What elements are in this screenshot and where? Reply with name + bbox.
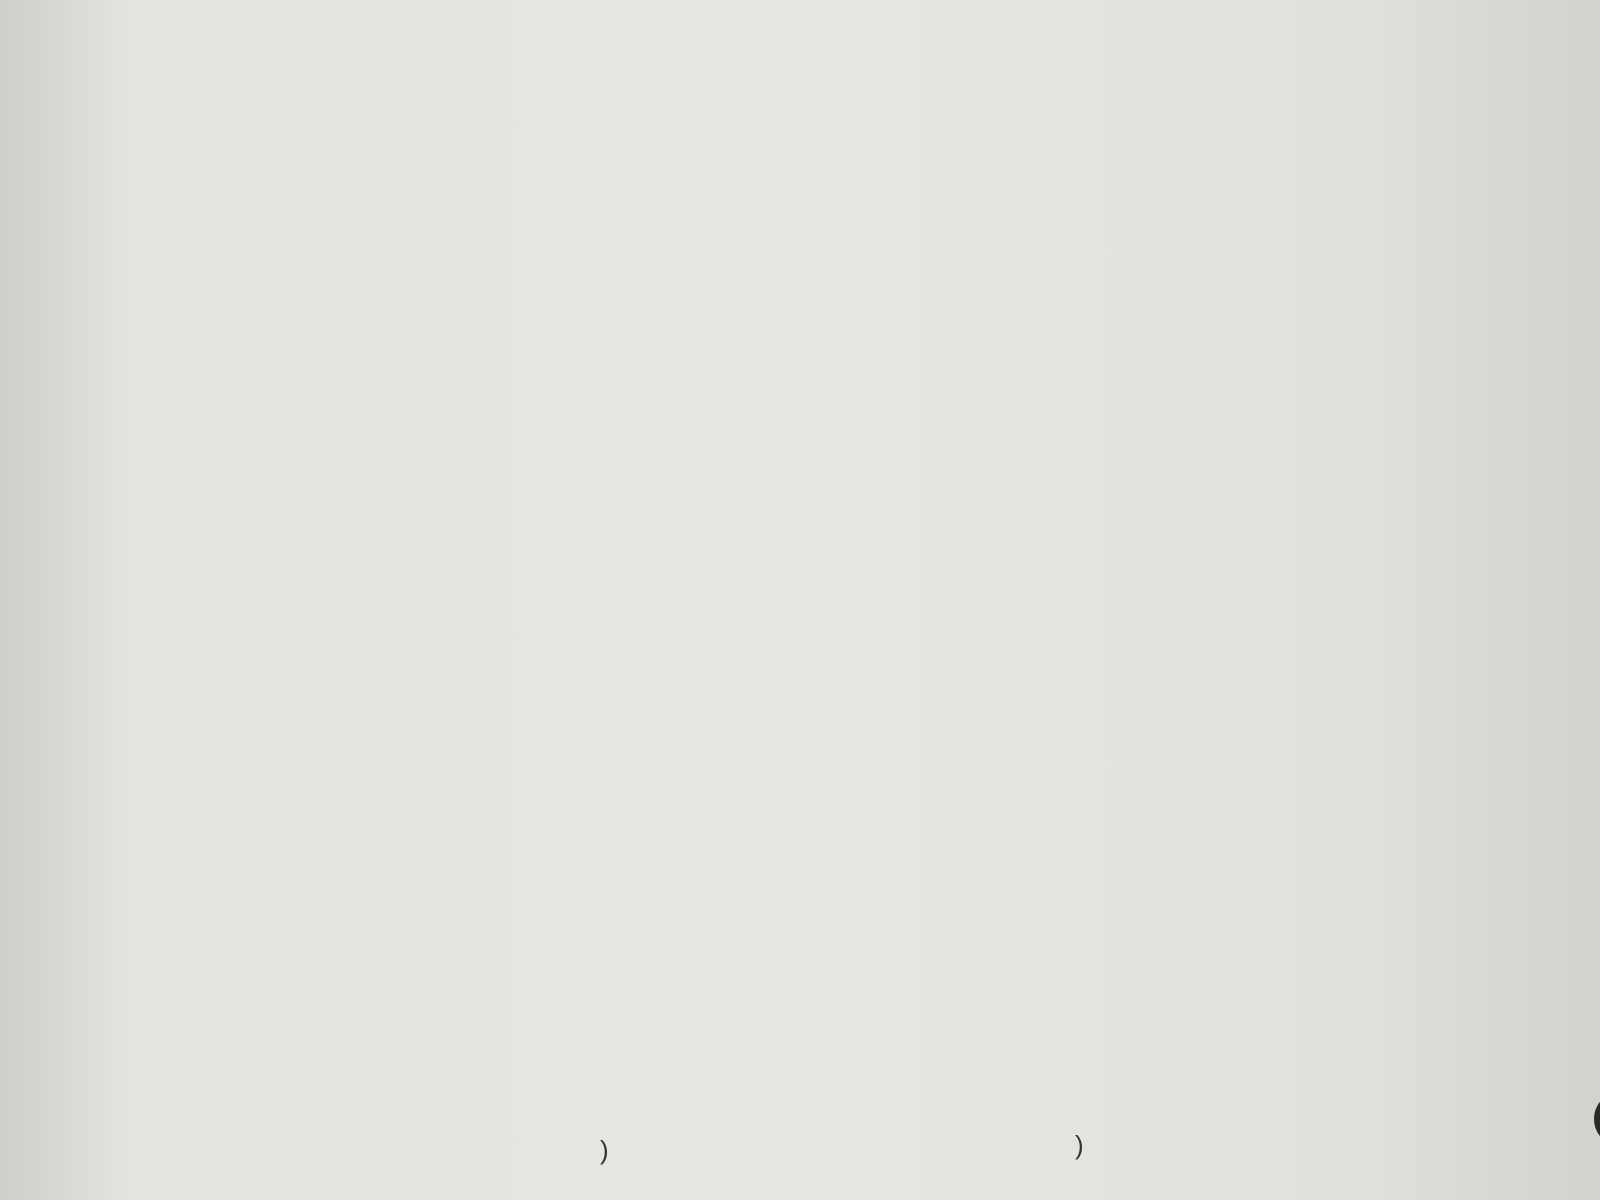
stray-mark: )	[600, 1135, 609, 1166]
greek-state-emblem-icon	[1594, 1090, 1600, 1148]
document-photo: ) ) ΕΛΛΗΝΙΚΗ ΔΗΜΟΚΡΑΤΙΑ ΠΕΡΙΦΕΡΕΙΑ ΒΟΡΕΙ…	[0, 0, 1600, 1200]
letter-page: ΕΛΛΗΝΙΚΗ ΔΗΜΟΚΡΑΤΙΑ ΠΕΡΙΦΕΡΕΙΑ ΒΟΡΕΙΟΥ Α…	[1560, 0, 1600, 1190]
stray-mark: )	[1075, 1130, 1084, 1161]
